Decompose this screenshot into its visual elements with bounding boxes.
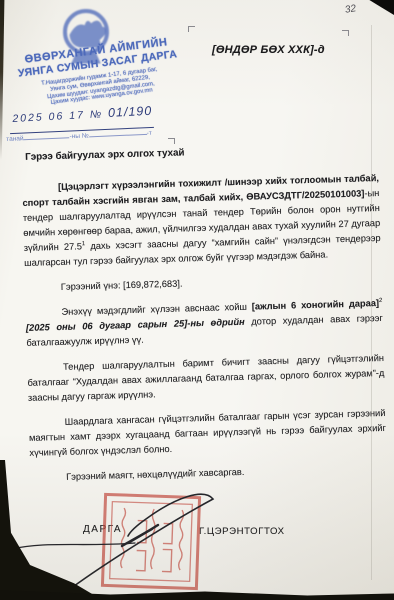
document-paper: ӨВӨРХАНГАЙ АЙМГИЙН УЯНГА СУМЫН ЗАСАГ ДАР… [0, 0, 394, 600]
handwritten-date: 2025 06 17 [12, 109, 85, 125]
project-name: [Цэцэрлэгт хүрээлэнгийн тохижилт /шинээр… [22, 173, 379, 208]
paragraph-contract-price: Гэрээний үнэ: [169,872,683]. [25, 271, 382, 296]
deadline-days: [ажлын 6 хоногийн дараа] [252, 298, 380, 312]
corner-mark [188, 26, 195, 32]
blank-line [88, 128, 146, 138]
paragraph-tender-award: [Цэцэрлэгт хүрээлэнгийн тохижилт /шинээр… [22, 171, 381, 271]
paragraph-attachment: Гэрээний маягт, нөхцөлүүдийг хавсаргав. [30, 461, 387, 486]
blank-line [23, 131, 69, 140]
recipient-prefix-label: танай [6, 135, 24, 143]
paper-fold-line [371, 25, 372, 580]
corner-mark [168, 138, 175, 144]
suffix-label: -т [147, 130, 152, 137]
footnote-ref: 2 [379, 298, 383, 304]
number-sign: № [89, 108, 103, 121]
paragraph-guarantee: Тендер шалгаруулалтын баримт бичигт заас… [27, 351, 385, 406]
letter-title: Гэрээ байгуулах эрх олгох тухай [25, 140, 378, 165]
signer-name: Г.ЦЭРЭНТОГТОХ [199, 526, 285, 537]
outgoing-number: 01/190 [108, 104, 153, 120]
letter-body: Гэрээ байгуулах эрх олгох тухай [Цэцэрлэ… [21, 140, 388, 496]
addressee: [ӨНДӨР БӨХ ХХК]-д [212, 44, 325, 56]
handwritten-page-number: 32 [344, 3, 357, 16]
mid-label: -ны № [69, 132, 89, 140]
paragraph-invalidation: Шаардлага хангасан гүйцэтгэлийн баталгаа… [28, 406, 386, 461]
deadline-date: [2025 оны 06 дугаар сарын 25]-ны өдрийн [26, 317, 245, 333]
letterhead: ӨВӨРХАНГАЙ АЙМГИЙН УЯНГА СУМЫН ЗАСАГ ДАР… [6, 34, 192, 112]
paragraph-text: Энэхүү мэдэгдлийг хүлээн авснаас хойш [61, 302, 252, 317]
red-seal-stamp [99, 491, 202, 591]
paragraph-deadline: Энэхүү мэдэгдлийг хүлээн авснаас хойш [а… [25, 296, 383, 351]
photo-corner-top-right [366, 0, 394, 15]
corner-mark [342, 30, 349, 36]
